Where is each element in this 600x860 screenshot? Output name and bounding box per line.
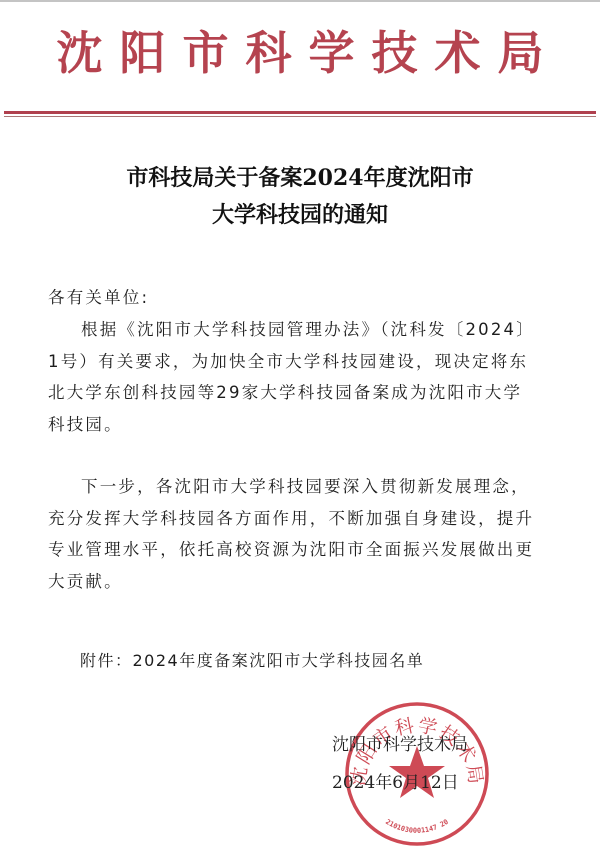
- attachment-note: 附件：2024年度备案沈阳市大学科技园名单: [48, 648, 424, 671]
- signature-block: 沈阳市科学技术局 2024年6月12日: [332, 726, 468, 802]
- paragraph-1-line: 1号）有关要求，为加快全市大学科技园建设，现决定将东: [48, 346, 560, 378]
- notice-title-line-2: 大学科技园的通知: [0, 197, 600, 234]
- salutation: 各有关单位:: [48, 282, 560, 314]
- issuer-name: 沈阳市科学技术局: [332, 726, 468, 764]
- paragraph-2: 下一步，各沈阳市大学科技园要深入贯彻新发展理念， 充分发挥大学科技园各方面作用，…: [48, 471, 560, 597]
- letterhead-red-rule: [4, 111, 596, 114]
- paragraph-1-line: 科技园。: [48, 409, 560, 441]
- paragraph-1: 根据《沈阳市大学科技园管理办法》（沈科发〔2024〕 1号）有关要求，为加快全市…: [48, 314, 560, 440]
- paragraph-1-line: 北大学东创科技园等29家大学科技园备案成为沈阳市大学: [48, 377, 560, 409]
- paragraph-2-line: 专业管理水平，依托高校资源为沈阳市全面振兴发展做出更: [48, 534, 560, 566]
- paragraph-2-line: 充分发挥大学科技园各方面作用，不断加强自身建设，提升: [48, 503, 560, 535]
- notice-title: 市科技局关于备案2024年度沈阳市 大学科技园的通知: [0, 160, 600, 234]
- letterhead-thin-rule: [4, 116, 596, 117]
- paragraph-2-line: 大贡献。: [48, 566, 560, 598]
- paragraph-2-line: 下一步，各沈阳市大学科技园要深入贯彻新发展理念，: [48, 471, 560, 503]
- page-top-edge: [0, 0, 600, 2]
- notice-title-line-1: 市科技局关于备案2024年度沈阳市: [0, 160, 600, 197]
- paragraph-1-line: 根据《沈阳市大学科技园管理办法》（沈科发〔2024〕: [48, 314, 560, 346]
- issue-date: 2024年6月12日: [332, 764, 468, 802]
- seal-serial-number: 2101030001147 20: [384, 818, 450, 835]
- letterhead-title: 沈阳市科学技术局: [0, 18, 600, 88]
